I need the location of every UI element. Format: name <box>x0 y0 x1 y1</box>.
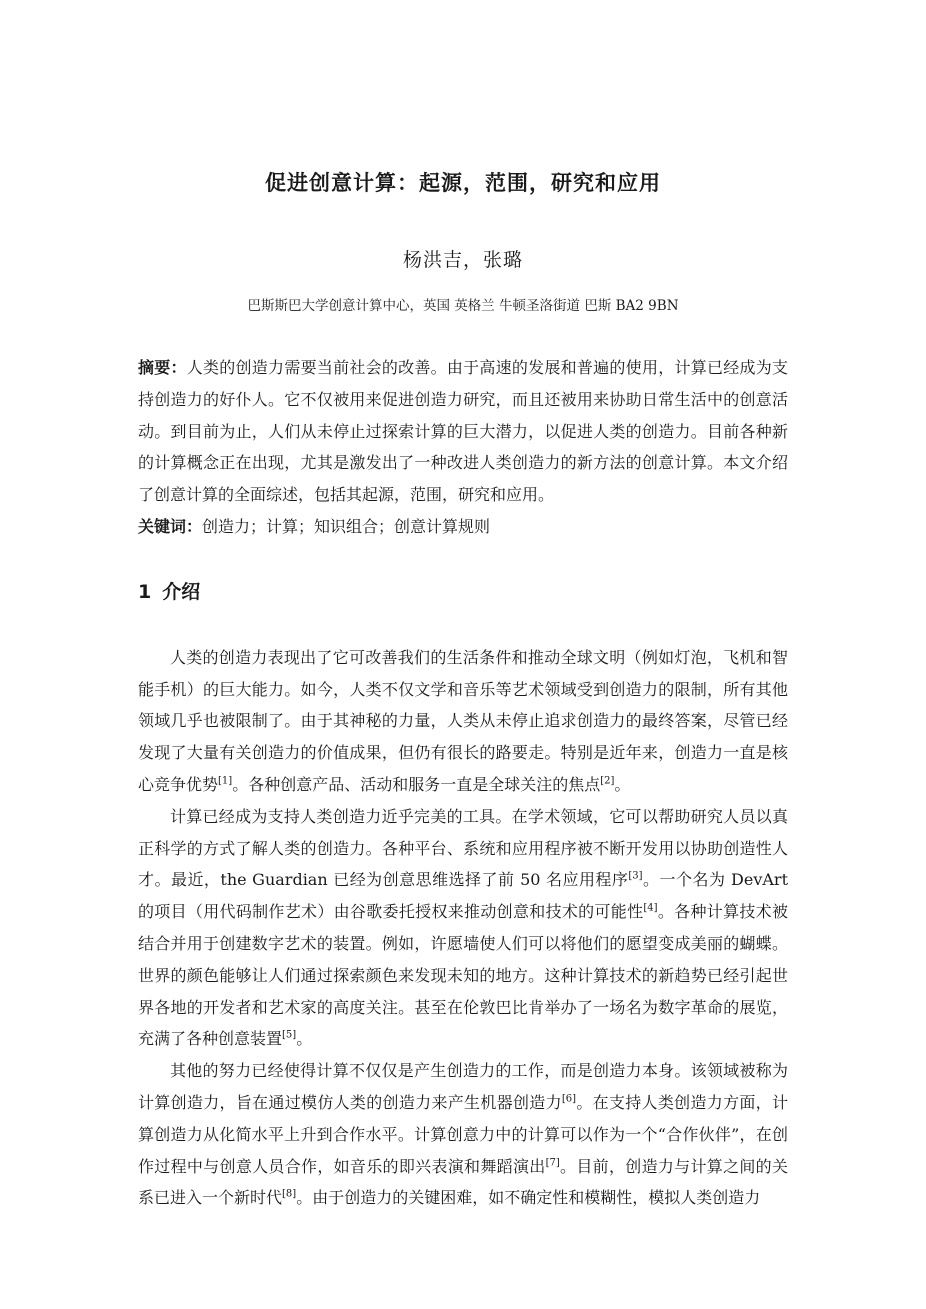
section-paragraphs: 人类的创造力表现出了它可改善我们的生活条件和推动全球文明（例如灯泡，飞机和智能手… <box>138 642 788 1214</box>
citation-reference: [8] <box>282 1189 296 1200</box>
citation-reference: [5] <box>282 1030 296 1041</box>
paper-affiliation: 巴斯斯巴大学创意计算中心，英国 英格兰 牛顿圣洛街道 巴斯 BA2 9BN <box>138 297 788 315</box>
citation-reference: [3] <box>628 871 642 882</box>
section-heading-introduction: 1介绍 <box>138 579 788 606</box>
keywords-label: 关键词： <box>138 517 202 536</box>
citation-reference: [6] <box>562 1094 576 1105</box>
document-content: 促进创意计算：起源，范围，研究和应用 杨洪吉，张璐 巴斯斯巴大学创意计算中心，英… <box>0 0 926 1214</box>
paragraph: 人类的创造力表现出了它可改善我们的生活条件和推动全球文明（例如灯泡，飞机和智能手… <box>138 642 788 801</box>
paper-authors: 杨洪吉，张璐 <box>138 248 788 272</box>
abstract-block: 摘要：人类的创造力需要当前社会的改善。由于高速的发展和普遍的使用，计算已经成为支… <box>138 352 788 543</box>
citation-reference: [2] <box>600 776 614 787</box>
section-title: 介绍 <box>162 581 200 603</box>
document-page: 促进创意计算：起源，范围，研究和应用 杨洪吉，张璐 巴斯斯巴大学创意计算中心，英… <box>0 0 926 1309</box>
abstract-text: 人类的创造力需要当前社会的改善。由于高速的发展和普遍的使用，计算已经成为支持创造… <box>138 358 788 504</box>
abstract-paragraph: 摘要：人类的创造力需要当前社会的改善。由于高速的发展和普遍的使用，计算已经成为支… <box>138 352 788 511</box>
citation-reference: [1] <box>218 776 232 787</box>
citation-reference: [4] <box>643 903 657 914</box>
paper-title: 促进创意计算：起源，范围，研究和应用 <box>138 168 788 198</box>
citation-reference: [7] <box>546 1157 560 1168</box>
abstract-label: 摘要： <box>138 358 187 377</box>
section-number: 1 <box>138 581 151 603</box>
keywords-text: 创造力；计算；知识组合；创意计算规则 <box>202 517 490 536</box>
keywords-line: 关键词：创造力；计算；知识组合；创意计算规则 <box>138 511 788 543</box>
paragraph: 其他的努力已经使得计算不仅仅是产生创造力的工作，而是创造力本身。该领域被称为计算… <box>138 1055 788 1214</box>
paragraph: 计算已经成为支持人类创造力近乎完美的工具。在学术领域，它可以帮助研究人员以真正科… <box>138 801 788 1055</box>
